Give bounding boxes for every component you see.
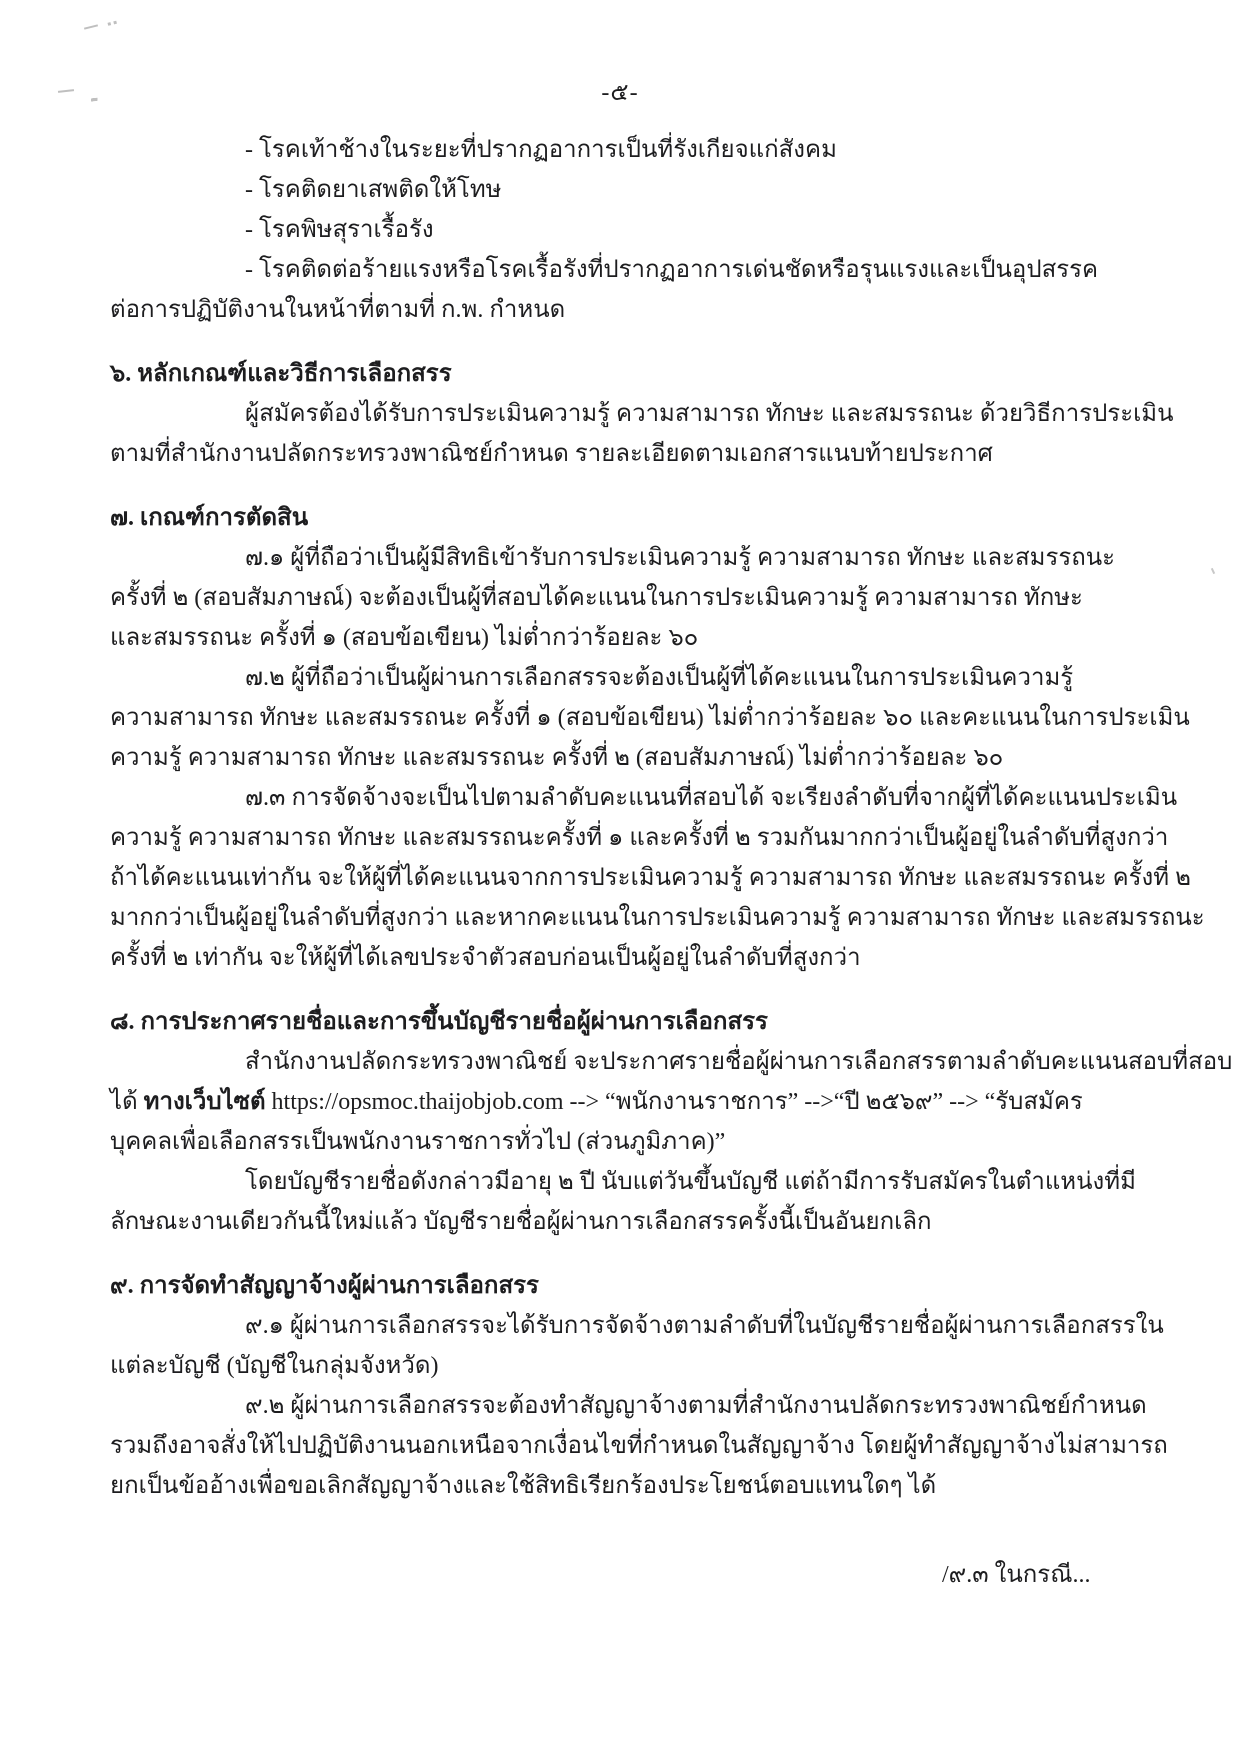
text-line: ได้ ทางเว็บไซต์ https://opsmoc.thaijobjo… <box>110 1082 1130 1122</box>
bullet-line: - โรคเท้าช้างในระยะที่ปรากฏอาการเป็นที่ร… <box>110 130 1130 170</box>
section-heading: ๖. หลักเกณฑ์และวิธีการเลือกสรร <box>110 354 1130 394</box>
bullet-line: - โรคพิษสุราเรื้อรัง <box>110 210 1130 250</box>
page-number: -๕- <box>0 72 1240 111</box>
continuation-note: /๙.๓ ในกรณี... <box>942 1554 1090 1593</box>
text-line: สำนักงานปลัดกระทรวงพาณิชย์ จะประกาศรายชื… <box>110 1042 1130 1082</box>
text-line: แต่ละบัญชี (บัญชีในกลุ่มจังหวัด) <box>110 1346 1130 1386</box>
text-line: ความรู้ ความสามารถ ทักษะ และสมรรถนะครั้ง… <box>110 818 1130 858</box>
text-line: และสมรรถนะ ครั้งที่ ๑ (สอบข้อเขียน) ไม่ต… <box>110 618 1130 658</box>
bullet-line: - โรคติดยาเสพติดให้โทษ <box>110 170 1130 210</box>
text-line: ถ้าได้คะแนนเท่ากัน จะให้ผู้ที่ได้คะแนนจา… <box>110 858 1130 898</box>
text-line: ครั้งที่ ๒ (สอบสัมภาษณ์) จะต้องเป็นผู้ที… <box>110 578 1130 618</box>
text-line: ๗.๑ ผู้ที่ถือว่าเป็นผู้มีสิทธิเข้ารับการ… <box>110 538 1130 578</box>
section-heading: ๘. การประกาศรายชื่อและการขึ้นบัญชีรายชื่… <box>110 1002 1130 1042</box>
text-line: ความสามารถ ทักษะ และสมรรถนะ ครั้งที่ ๑ (… <box>110 698 1130 738</box>
document-body: - โรคเท้าช้างในระยะที่ปรากฏอาการเป็นที่ร… <box>110 130 1130 1506</box>
scan-artifact <box>1211 568 1215 574</box>
document-page: -๕- - โรคเท้าช้างในระยะที่ปรากฏอาการเป็น… <box>0 0 1240 1754</box>
text-segment: https://opsmoc.thaijobjob.com --> “พนักง… <box>266 1089 1083 1115</box>
text-line: โดยบัญชีรายชื่อดังกล่าวมีอายุ ๒ ปี นับแต… <box>110 1162 1130 1202</box>
section-heading: ๗. เกณฑ์การตัดสิน <box>110 498 1130 538</box>
text-line: ๙.๑ ผู้ผ่านการเลือกสรรจะได้รับการจัดจ้าง… <box>110 1306 1130 1346</box>
text-line: ครั้งที่ ๒ เท่ากัน จะให้ผู้ที่ได้เลขประจ… <box>110 938 1130 978</box>
text-line: ลักษณะงานเดียวกันนี้ใหม่แล้ว บัญชีรายชื่… <box>110 1202 1130 1242</box>
text-line: ๗.๓ การจัดจ้างจะเป็นไปตามลำดับคะแนนที่สอ… <box>110 778 1130 818</box>
bold-text-segment: ทางเว็บไซต์ <box>144 1089 266 1115</box>
text-segment: ได้ <box>110 1089 144 1115</box>
scan-artifact <box>84 24 98 29</box>
text-line: ๙.๒ ผู้ผ่านการเลือกสรรจะต้องทำสัญญาจ้างต… <box>110 1386 1130 1426</box>
text-line: ยกเป็นข้ออ้างเพื่อขอเลิกสัญญาจ้างและใช้ส… <box>110 1466 1130 1506</box>
section-heading: ๙. การจัดทำสัญญาจ้างผู้ผ่านการเลือกสรร <box>110 1266 1130 1306</box>
text-line: ๗.๒ ผู้ที่ถือว่าเป็นผู้ผ่านการเลือกสรรจะ… <box>110 658 1130 698</box>
text-line: ผู้สมัครต้องได้รับการประเมินความรู้ ความ… <box>110 394 1130 434</box>
text-line: ความรู้ ความสามารถ ทักษะ และสมรรถนะ ครั้… <box>110 738 1130 778</box>
bullet-line: - โรคติดต่อร้ายแรงหรือโรคเรื้อรังที่ปราก… <box>110 250 1130 290</box>
text-line: ต่อการปฏิบัติงานในหน้าที่ตามที่ ก.พ. กำห… <box>110 290 1130 330</box>
text-line: บุคคลเพื่อเลือกสรรเป็นพนักงานราชการทั่วไ… <box>110 1122 1130 1162</box>
text-line: รวมถึงอาจสั่งให้ไปปฏิบัติงานนอกเหนือจากเ… <box>110 1426 1130 1466</box>
text-line: ตามที่สำนักงานปลัดกระทรวงพาณิชย์กำหนด รา… <box>110 434 1130 474</box>
text-line: มากกว่าเป็นผู้อยู่ในลำดับที่สูงกว่า และห… <box>110 898 1130 938</box>
